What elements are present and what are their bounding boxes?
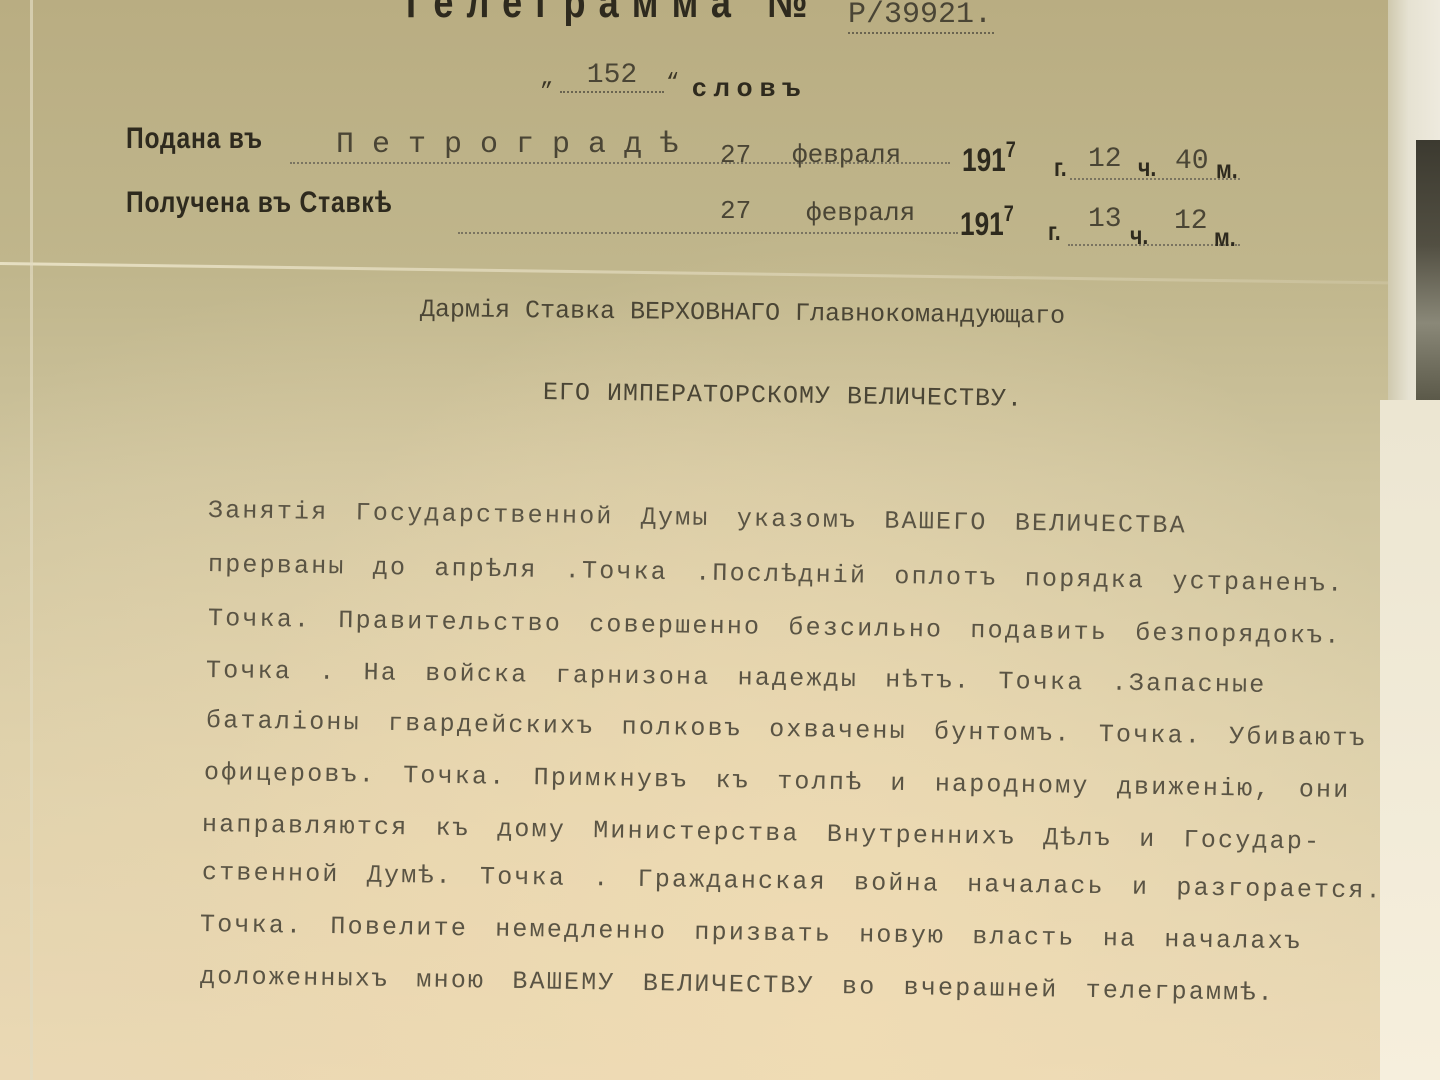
word-count: 152: [560, 60, 664, 93]
body-line: направляются къ дому Министерства Внутре…: [202, 810, 1322, 857]
submitted-hour-unit: ч.: [1138, 152, 1156, 183]
submitted-year: 1917: [962, 142, 1016, 179]
received-year-prefix: 191: [960, 206, 1004, 242]
submitted-year-suffix: 7: [1006, 137, 1016, 162]
word-count-close-quote: “: [666, 70, 679, 95]
word-count-label: словъ: [692, 72, 808, 103]
submitted-year-unit: г.: [1054, 152, 1067, 183]
submitted-month: февраля: [792, 140, 901, 170]
background-photo-fragment: [1416, 140, 1440, 402]
body-line: баталіоны гвардейскихъ полковъ охвачены …: [206, 706, 1367, 753]
received-minute-unit: м.: [1214, 222, 1236, 253]
body-line: Точка . На войска гарнизона надежды нѣтъ…: [206, 656, 1267, 700]
received-day: 27: [720, 196, 751, 226]
telegram-number: Р/39921.: [848, 0, 994, 34]
addressee: ЕГО ИМПЕРАТОРСКОМУ ВЕЛИЧЕСТВУ.: [543, 378, 1023, 414]
telegram-document: Телеграмма № Р/39921. „ 152 “ словъ Пода…: [0, 0, 1400, 1080]
submitted-minute-unit: м.: [1216, 154, 1238, 185]
submitted-label: Подана въ: [126, 122, 263, 156]
body-line: офицеровъ. Точка. Примкнувъ къ толпѣ и н…: [204, 758, 1351, 805]
received-hour: 13: [1088, 204, 1122, 235]
display-mount-bottom: [1380, 400, 1440, 1080]
submitted-year-prefix: 191: [962, 142, 1006, 178]
body-line: Точка. Правительство совершенно безсильн…: [208, 604, 1342, 651]
received-year-unit: г.: [1048, 216, 1061, 247]
paper-edge-crease: [30, 0, 33, 1080]
address-line: Дармія Ставка ВЕРХОВНАГО Главнокомандующ…: [420, 295, 1065, 331]
received-year: 1917: [960, 206, 1014, 243]
submitted-minute: 40: [1175, 146, 1209, 177]
submitted-hour: 12: [1088, 144, 1122, 175]
body-line: прерваны до апрѣля .Точка .Послѣдній опл…: [208, 550, 1345, 599]
received-dotted-line: [458, 232, 958, 234]
received-year-suffix: 7: [1004, 201, 1014, 226]
received-label: Получена въ Ставкѣ: [126, 186, 393, 220]
word-count-open-quote: „: [540, 66, 553, 91]
submitted-day: 27: [720, 140, 751, 170]
body-line: Точка. Повелите немедленно призвать нову…: [200, 910, 1302, 956]
body-line: доложенныхъ мною ВАШЕМУ ВЕЛИЧЕСТВУ во вч…: [200, 962, 1275, 1008]
received-minute: 12: [1174, 206, 1208, 237]
paper-fold-crease: [0, 262, 1400, 285]
body-line: ственной Думѣ. Точка . Гражданская война…: [202, 858, 1383, 906]
received-month: февраля: [806, 198, 915, 228]
submitted-place: Петроградѣ: [336, 128, 696, 162]
body-line: Занятія Государственной Думы указомъ ВАШ…: [208, 496, 1187, 540]
telegram-title: Телеграмма №: [400, 0, 821, 28]
received-hour-unit: ч.: [1130, 220, 1148, 251]
